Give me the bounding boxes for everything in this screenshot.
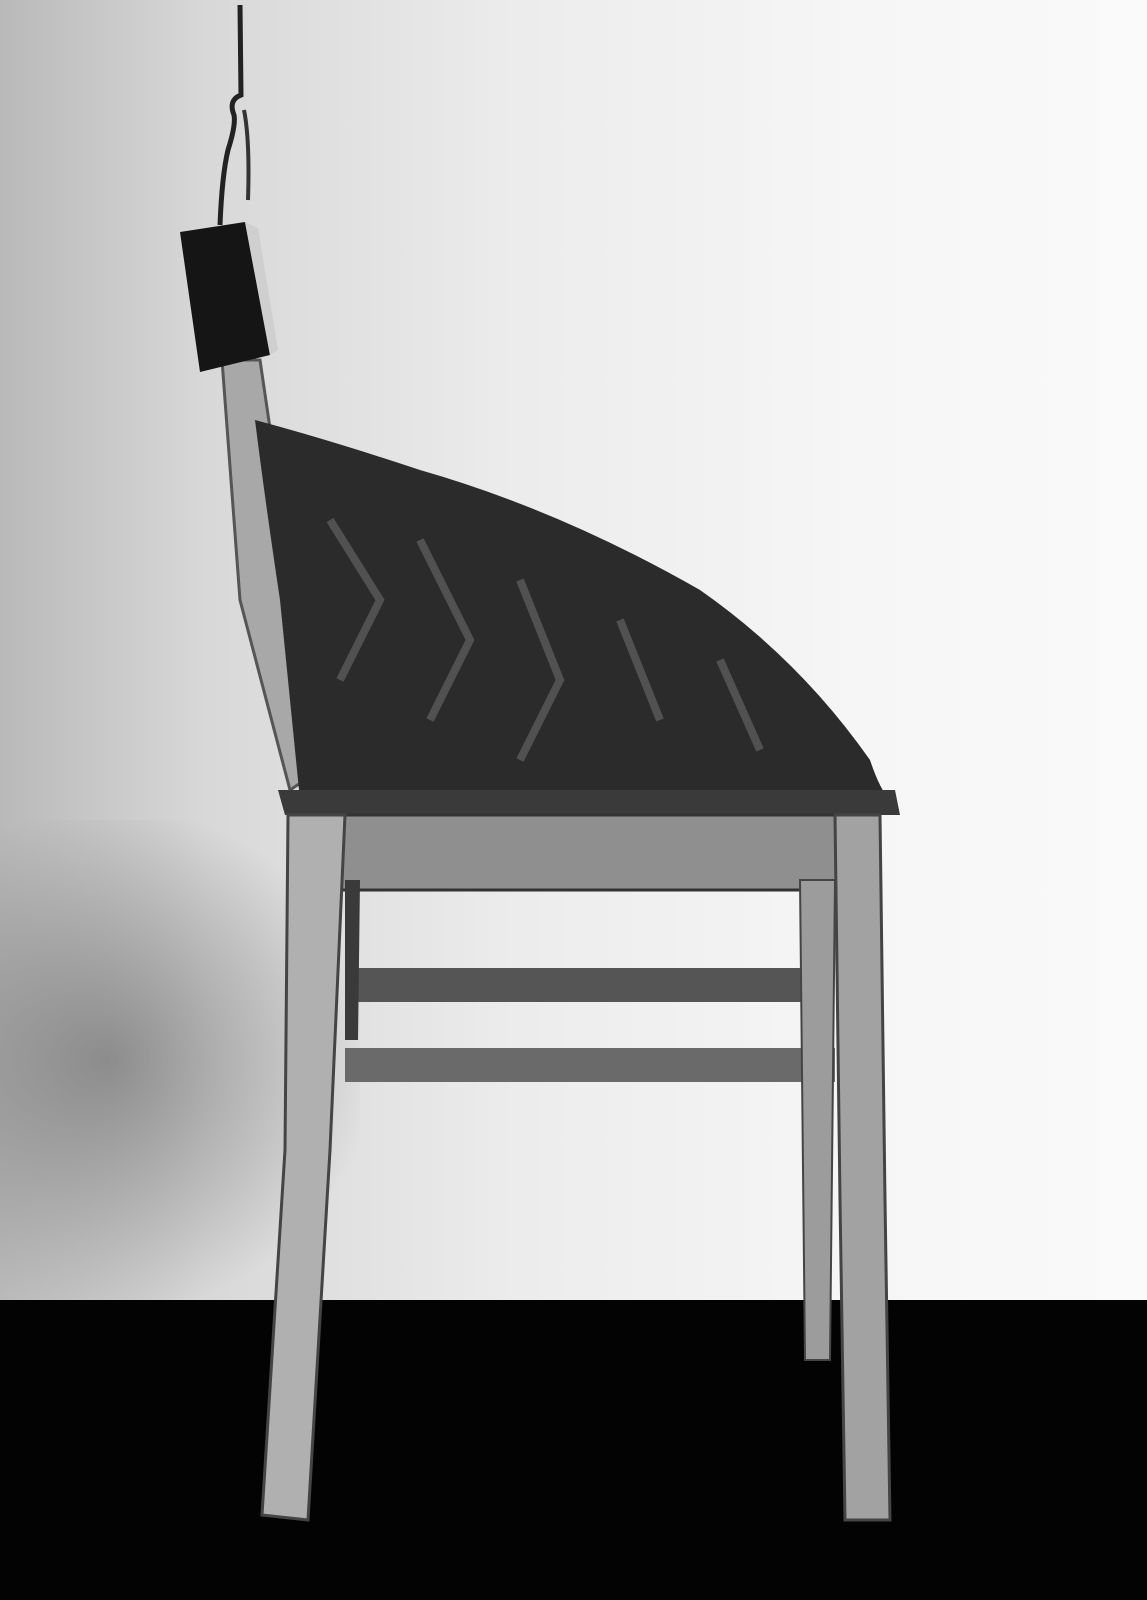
chair-leg-back-left <box>345 880 360 1040</box>
chair-leg-front-left <box>262 815 345 1520</box>
string-end <box>244 110 249 200</box>
chair-stretcher-lower <box>345 1048 835 1082</box>
chair-stretcher-upper <box>345 968 805 1002</box>
string <box>220 5 241 225</box>
photograph <box>0 0 1147 1600</box>
chair-leg-front-right <box>835 815 890 1520</box>
chair-apron <box>295 815 875 890</box>
fat-wedge <box>255 420 890 800</box>
chair-scene <box>0 0 1147 1600</box>
chair-leg-back-right <box>800 880 835 1360</box>
chair-seat <box>278 790 900 815</box>
